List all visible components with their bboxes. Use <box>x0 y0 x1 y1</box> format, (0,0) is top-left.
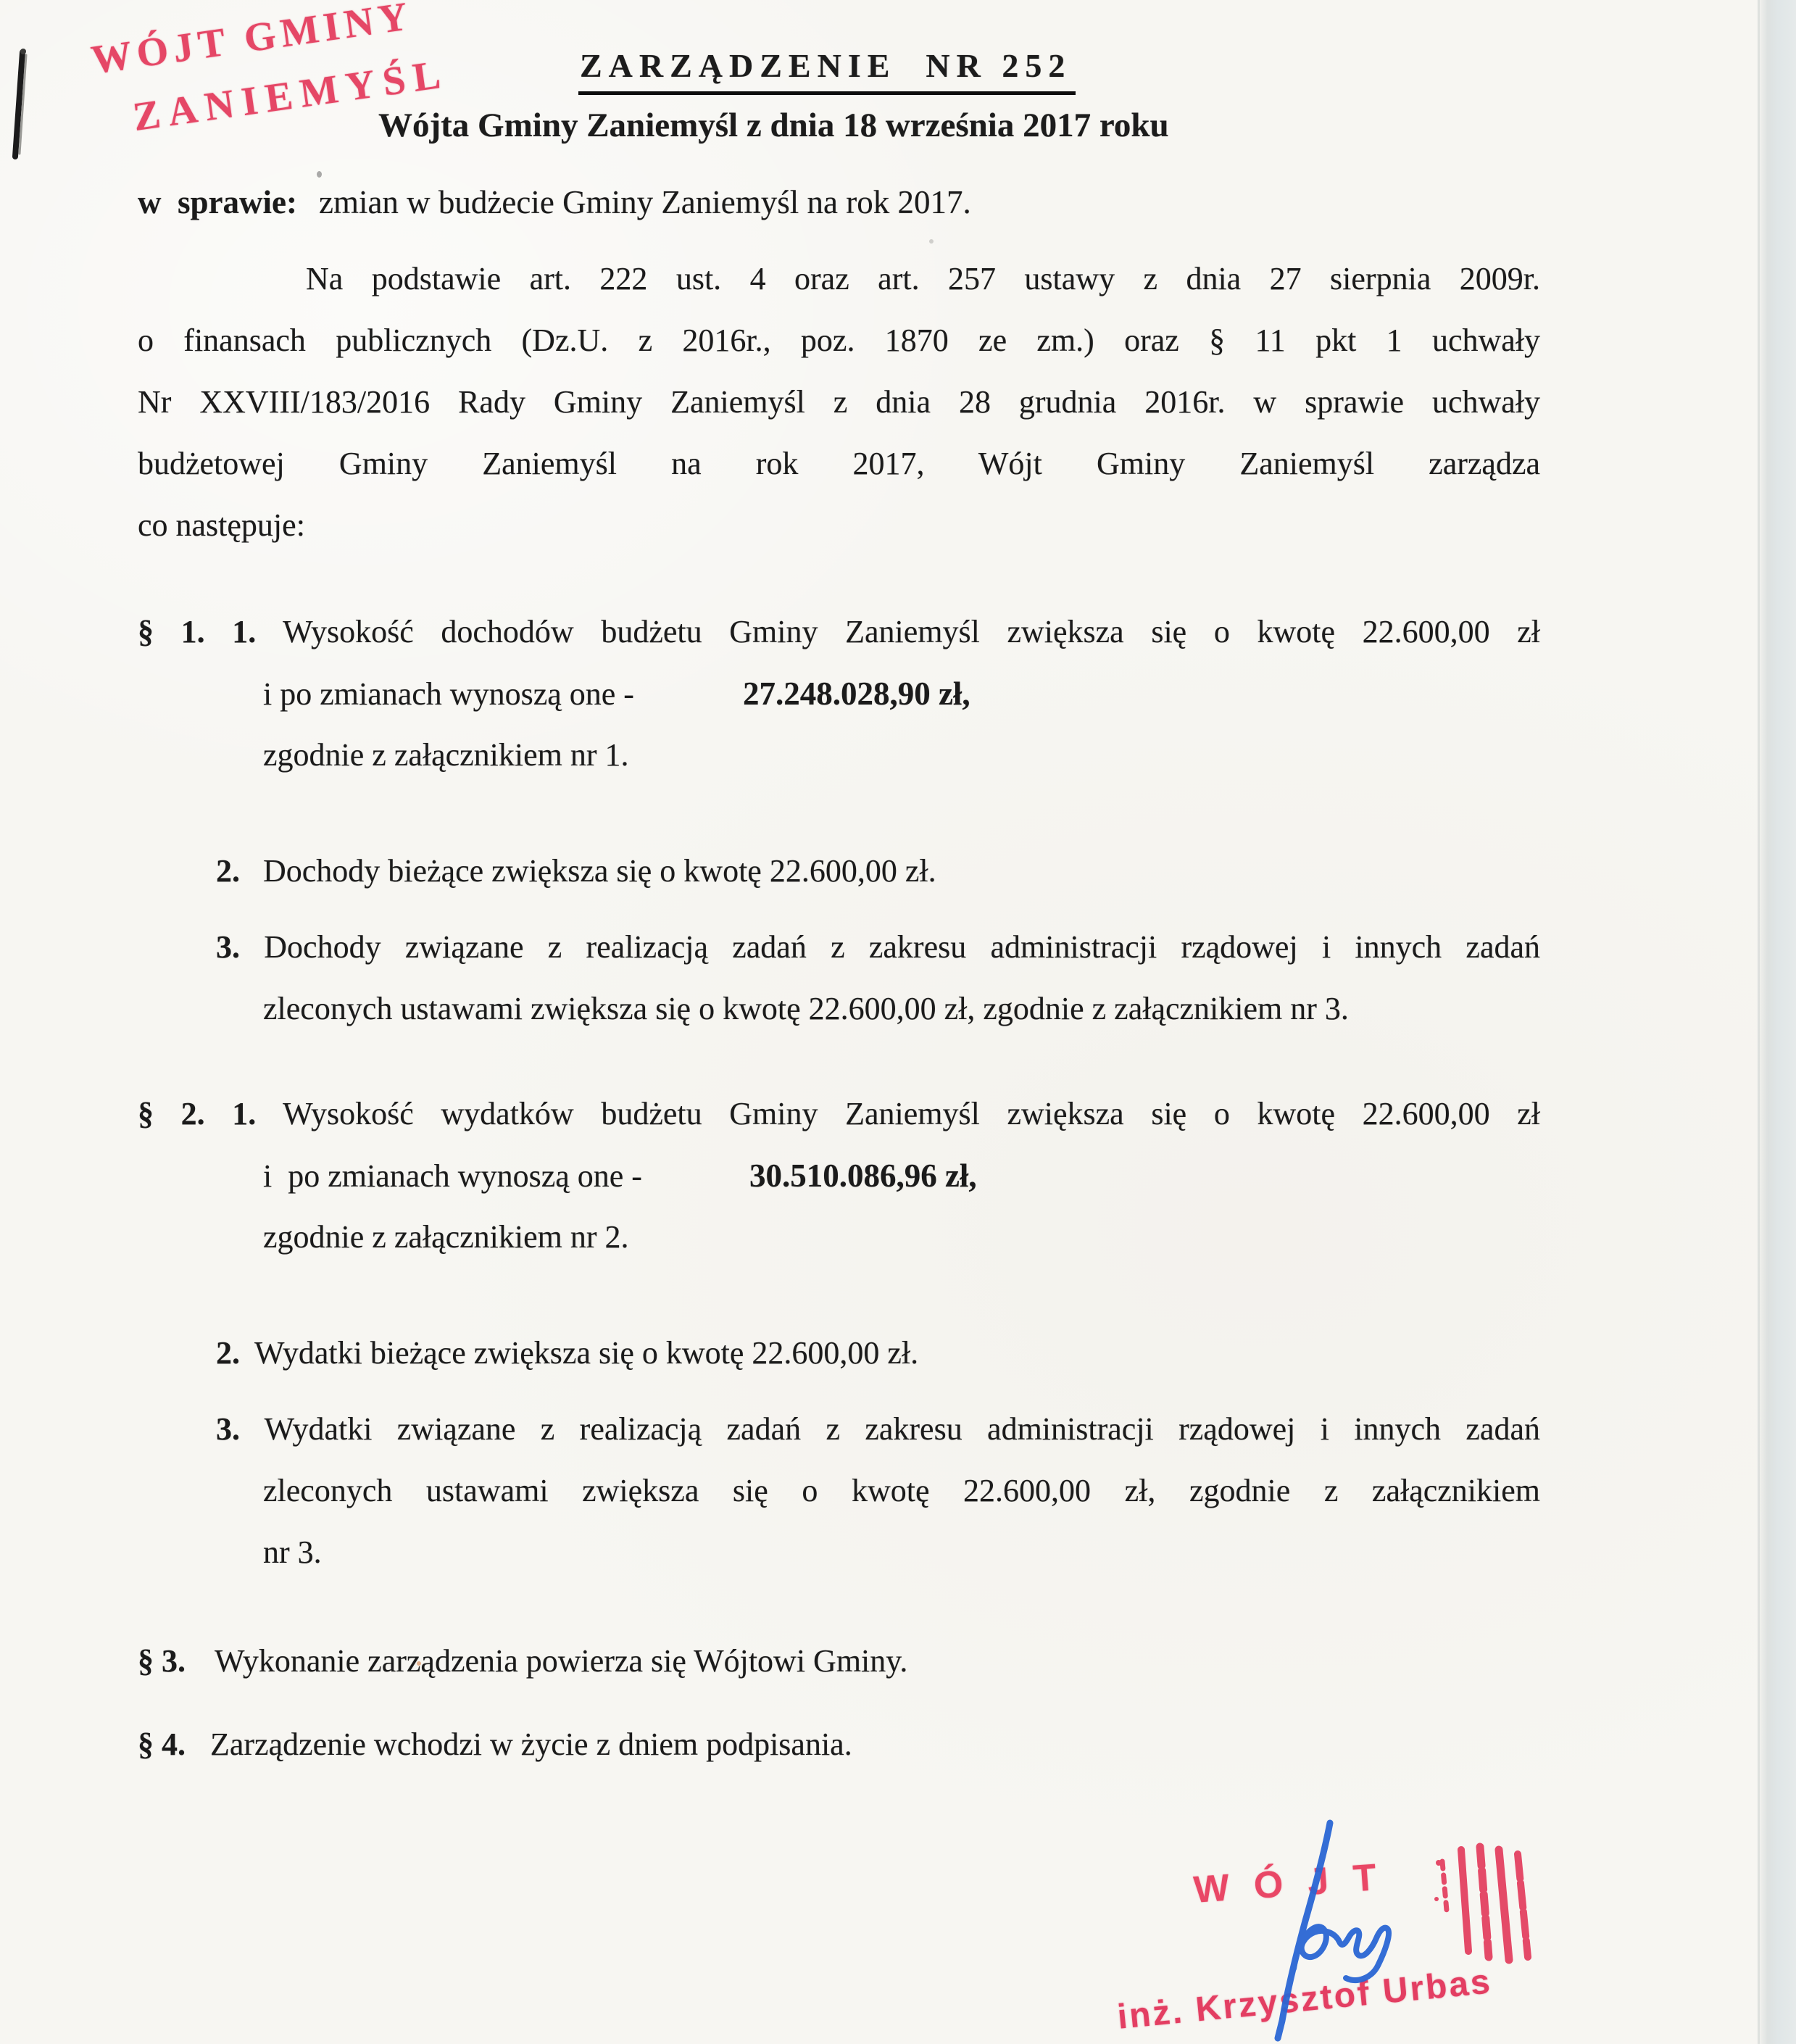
par3-marker: § 3. <box>138 1643 186 1679</box>
document-subtitle: Wójta Gminy Zaniemyśl z dnia 18 września… <box>378 106 1169 145</box>
wojt-title-stamp: WÓJT <box>1192 1854 1402 1912</box>
subject-label: w sprawie: <box>138 184 297 220</box>
par1-item2-text: Dochody bieżące zwiększa się o kwotę 22.… <box>263 853 936 889</box>
preamble-line-5: co następuje: <box>138 504 305 547</box>
preamble-line-3: Nr XXVIII/183/2016 Rady Gminy Zaniemyśl … <box>138 381 1540 423</box>
scan-edge-shadow <box>1757 0 1796 2044</box>
par1-item3-line1: 3. Dochody związane z realizacją zadań z… <box>216 926 1540 968</box>
par2-item2-number: 2. <box>216 1335 240 1371</box>
par1-item2-number: 2. <box>216 853 240 889</box>
par3-line: § 3.Wykonanie zarządzenia powierza się W… <box>138 1640 907 1682</box>
staple-mark <box>15 49 26 157</box>
par2-marker: § 2. 1. <box>138 1096 256 1131</box>
par1-item3-line2: zleconych ustawami zwiększa się o kwotę … <box>263 988 1349 1030</box>
par2-line1: § 2. 1. Wysokość wydatków budżetu Gminy … <box>138 1093 1540 1135</box>
par2-line2-text: i po zmianach wynoszą one - <box>263 1158 642 1194</box>
par4-line: § 4.Zarządzenie wchodzi w życie z dniem … <box>138 1724 852 1766</box>
scan-speck <box>317 171 322 178</box>
preamble-line-2: o finansach publicznych (Dz.U. z 2016r.,… <box>138 320 1540 362</box>
scan-speck <box>417 1661 421 1666</box>
par4-marker: § 4. <box>138 1727 186 1762</box>
par2-item3-line3: nr 3. <box>263 1532 322 1574</box>
par2-line1-text: Wysokość wydatków budżetu Gminy Zaniemyś… <box>283 1096 1540 1131</box>
par2-item2-text: Wydatki bieżące zwiększa się o kwotę 22.… <box>254 1335 918 1371</box>
par1-amount: 27.248.028,90 zł, <box>743 676 970 712</box>
preamble-line-1: Na podstawie art. 222 ust. 4 oraz art. 2… <box>138 258 1540 300</box>
par4-text: Zarządzenie wchodzi w życie z dniem podp… <box>210 1727 852 1762</box>
par2-amount: 30.510.086,96 zł, <box>749 1158 977 1194</box>
par1-item3-number: 3. <box>216 929 240 965</box>
par1-item2: 2.Dochody bieżące zwiększa się o kwotę 2… <box>216 850 936 892</box>
par1-marker: § 1. 1. <box>138 614 256 649</box>
document-title: ZARZĄDZENIE NR 252 <box>578 46 1076 95</box>
par2-item3-line1-text: Wydatki związane z realizacją zadań z za… <box>265 1411 1540 1447</box>
preamble-line-4: budżetowej Gminy Zaniemyśl na rok 2017, … <box>138 443 1540 485</box>
par2-item3-number: 3. <box>216 1411 240 1447</box>
par3-text: Wykonanie zarządzenia powierza się Wójto… <box>215 1643 907 1679</box>
par2-line3: zgodnie z załącznikiem nr 2. <box>263 1216 629 1258</box>
par1-line1: § 1. 1. Wysokość dochodów budżetu Gminy … <box>138 611 1540 653</box>
scan-speck <box>929 239 934 244</box>
subject-text: zmian w budżecie Gminy Zaniemyśl na rok … <box>319 184 971 220</box>
scanned-ordinance-page: WÓJT GMINY ZANIEMYŚL ZARZĄDZENIE NR 252 … <box>0 0 1796 2044</box>
par2-item2: 2.Wydatki bieżące zwiększa się o kwotę 2… <box>216 1332 918 1374</box>
par1-line2: i po zmianach wynoszą one -27.248.028,90… <box>263 673 970 715</box>
par1-line2-text: i po zmianach wynoszą one - <box>263 676 634 712</box>
stamp-hatch-marks <box>1434 1847 1528 1960</box>
subject-line: w sprawie:zmian w budżecie Gminy Zaniemy… <box>138 181 971 224</box>
par1-item3-line1-text: Dochody związane z realizacją zadań z za… <box>264 929 1540 965</box>
par2-item3-line2: zleconych ustawami zwiększa się o kwotę … <box>263 1470 1540 1512</box>
par2-line2: i po zmianach wynoszą one -30.510.086,96… <box>263 1155 977 1197</box>
signer-name-stamp: inż. Krzysztof Urbas <box>1115 1961 1494 2037</box>
par2-item3-line1: 3. Wydatki związane z realizacją zadań z… <box>216 1408 1540 1450</box>
par1-line3: zgodnie z załącznikiem nr 1. <box>263 734 629 776</box>
par1-line1-text: Wysokość dochodów budżetu Gminy Zaniemyś… <box>283 614 1540 649</box>
